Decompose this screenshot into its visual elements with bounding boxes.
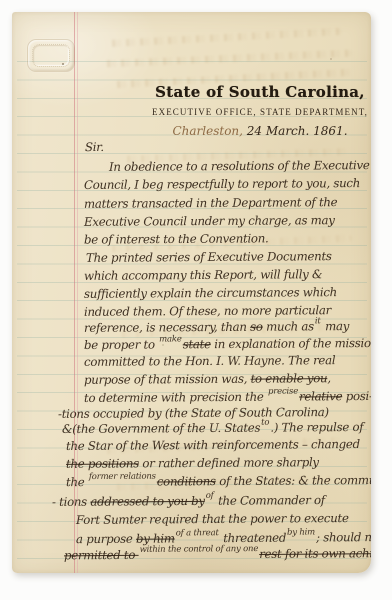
struck-out-text: addressed to you by	[90, 494, 204, 509]
letter-paper: State of South Carolina, EXECUTIVE OFFIC…	[12, 12, 371, 573]
paper-speck	[330, 58, 332, 60]
letterhead-place: Charleston,	[172, 124, 243, 138]
manuscript-text: - tions	[52, 495, 90, 509]
manuscript-text: to determine with precision the	[84, 390, 267, 405]
manuscript-text: of the States: & the communica-	[216, 473, 371, 488]
manuscript-text: sufficiently explain the circumstances w…	[84, 285, 337, 301]
manuscript-line: be proper to makestate in explanation of…	[84, 336, 371, 355]
manuscript-line: &(the Government of the U. Statesto.) Th…	[62, 420, 363, 439]
manuscript-text: In obedience to a resolutions of the Exe…	[109, 158, 370, 174]
manuscript-line: matters transacted in the Department of …	[84, 195, 337, 212]
manuscript-text: matters transacted in the Department of …	[84, 195, 337, 211]
manuscript-text: .) The repulse of	[270, 420, 363, 435]
struck-out-text: to enable you	[251, 371, 328, 386]
inserted-word: by him	[287, 525, 315, 540]
manuscript-text: The printed series of Executive Document…	[86, 249, 332, 265]
manuscript-text: induced them. Of these, no more particul…	[84, 303, 331, 319]
manuscript-text: be proper to	[84, 338, 158, 353]
manuscript-text: Council, I beg respectfully to report to…	[84, 176, 360, 192]
inserted-word: within the control of any one	[140, 542, 259, 558]
manuscript-text: may	[322, 319, 350, 333]
inserted-word: make	[159, 332, 182, 347]
manuscript-line: sufficiently explain the circumstances w…	[84, 285, 337, 302]
manuscript-line: be of interest to the Convention.	[84, 231, 269, 247]
struck-out-text: the positions	[66, 456, 139, 471]
inserted-word: it	[315, 314, 321, 329]
embossed-seal-icon	[27, 39, 75, 72]
letterhead-office-line: EXECUTIVE OFFICE, STATE DEPARTMENT,	[132, 107, 371, 117]
scanned-letter-page: State of South Carolina, EXECUTIVE OFFIC…	[0, 0, 392, 600]
manuscript-line: Executive Council under my charge, as ma…	[84, 213, 335, 230]
letterhead-date-line: Charleston, 24 March. 1861.	[132, 124, 371, 138]
manuscript-line: Council, I beg respectfully to report to…	[84, 176, 360, 193]
letterhead-state-line: State of South Carolina,	[132, 83, 371, 101]
manuscript-text: ; should not be	[316, 530, 371, 545]
paper-speck	[62, 63, 64, 65]
manuscript-text: much as	[263, 319, 314, 333]
manuscript-text: in explanation of the mission	[211, 336, 371, 351]
manuscript-line: committed to the Hon. I. W. Hayne. The r…	[84, 353, 335, 370]
manuscript-text: Executive Council under my charge, as ma…	[84, 213, 335, 229]
struck-out-text: rest for its own achievement upon	[259, 546, 371, 561]
manuscript-line: permitted to within the control of any o…	[64, 546, 371, 566]
manuscript-text: posi-	[342, 389, 371, 403]
manuscript-text: the	[66, 475, 88, 489]
manuscript-text: be of interest to the Convention.	[84, 231, 269, 246]
manuscript-text: purpose of that mission was,	[84, 372, 251, 387]
inserted-word: to	[261, 416, 269, 431]
manuscript-text: a purpose	[76, 532, 136, 546]
manuscript-line: which accompany this Report, will fully …	[84, 267, 322, 284]
inserted-word: of	[206, 489, 214, 504]
inserted-word: of a threat	[176, 526, 219, 541]
letterhead-date-handwritten: 24 March. 1861.	[243, 124, 348, 138]
manuscript-line: - tions addressed to you byof the Comman…	[52, 493, 325, 512]
manuscript-line: reference, is necessary, than so much as…	[84, 319, 349, 338]
manuscript-text: or rather defined more sharply	[139, 455, 319, 470]
inserted-word: precise	[268, 385, 298, 400]
manuscript-line: The printed series of Executive Document…	[86, 249, 332, 266]
bleedthrough-ghost-text	[107, 28, 342, 47]
struck-out-text: permitted to	[64, 548, 139, 563]
manuscript-text: the Commander of	[215, 493, 325, 508]
struck-out-text: conditions	[157, 474, 216, 488]
inserted-word: former relations	[89, 470, 156, 485]
manuscript-text: which accompany this Report, will fully …	[84, 267, 322, 283]
struck-out-text: so	[250, 320, 263, 334]
manuscript-line: induced them. Of these, no more particul…	[84, 303, 331, 320]
manuscript-text: &(the Government of the U. States	[62, 421, 260, 436]
manuscript-text: the Star of the West with reinforcements…	[66, 437, 360, 453]
letterhead-year: 1861.	[313, 124, 347, 138]
manuscript-line: In obedience to a resolutions of the Exe…	[109, 158, 370, 175]
manuscript-line: the Star of the West with reinforcements…	[66, 437, 360, 454]
manuscript-line: the former relationsconditions of the St…	[66, 473, 371, 492]
struck-out-text: state	[183, 337, 211, 351]
manuscript-line: -tions occupied by (the State of South C…	[58, 405, 329, 422]
manuscript-text: committed to the Hon. I. W. Hayne. The r…	[84, 353, 335, 369]
salutation: Sir.	[85, 140, 104, 155]
manuscript-text: -tions occupied by (the State of South C…	[58, 405, 329, 421]
struck-out-text: relative	[299, 389, 342, 403]
manuscript-text: ,	[327, 371, 331, 385]
